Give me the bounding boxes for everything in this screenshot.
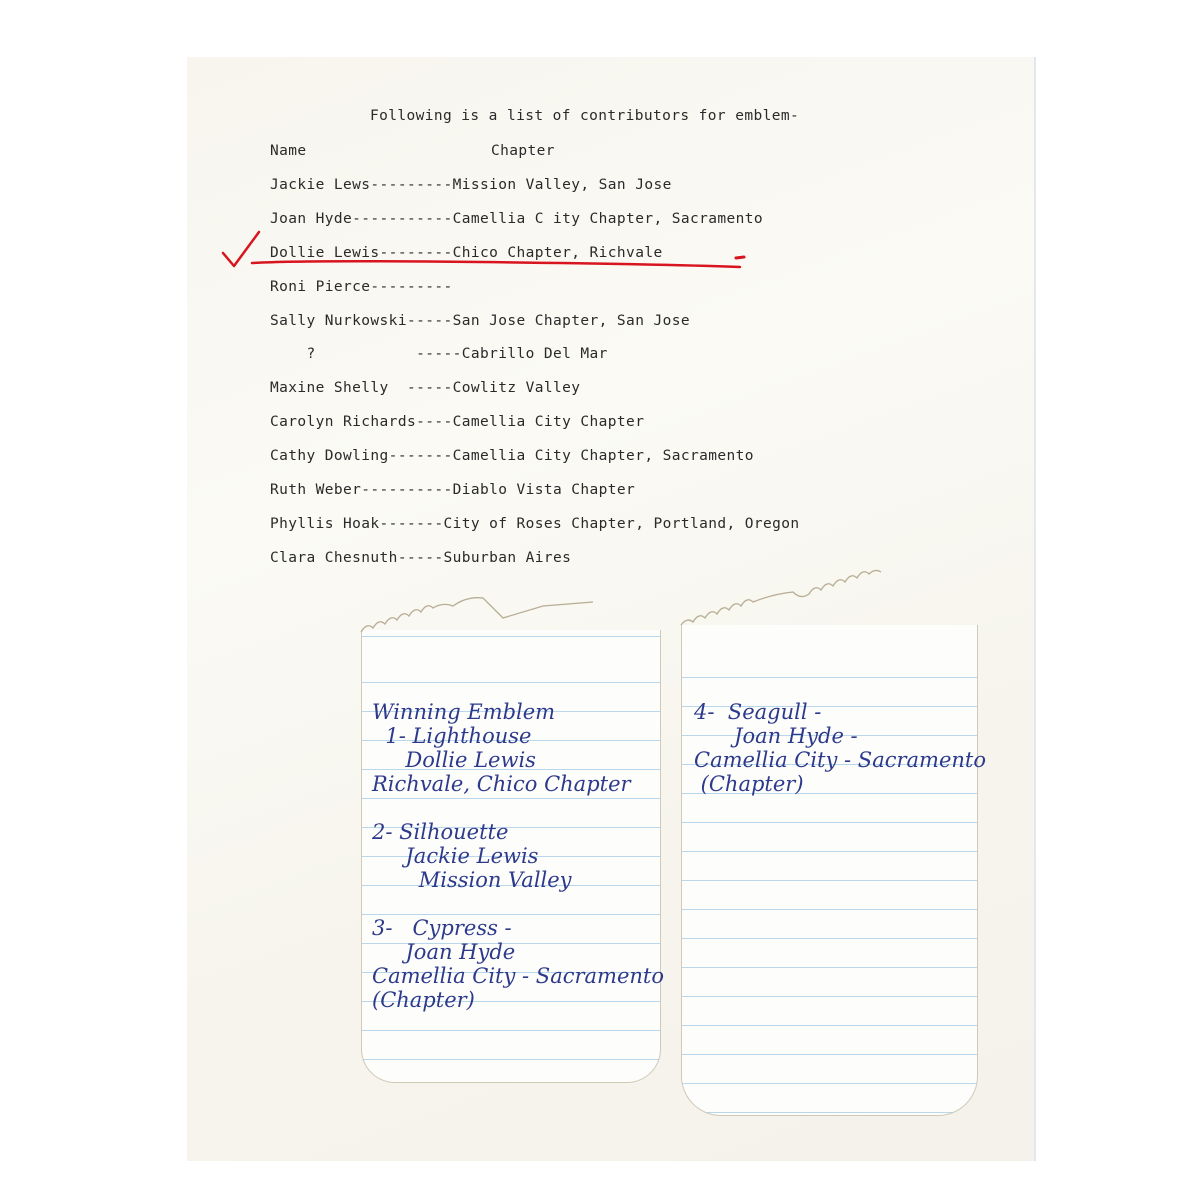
contributor-row: Ruth Weber----------Diablo Vista Chapter bbox=[270, 481, 635, 499]
contributor-row: ? -----Cabrillo Del Mar bbox=[270, 345, 608, 363]
handwritten-line: Camellia City - Sacramento bbox=[694, 748, 986, 772]
column-header-chapter: Chapter bbox=[491, 142, 555, 160]
handwritten-line: Jackie Lewis bbox=[372, 844, 664, 868]
handwritten-line: Winning Emblem bbox=[372, 700, 664, 724]
contributor-row: Carolyn Richards----Camellia City Chapte… bbox=[270, 413, 644, 431]
notepad-sheet-right bbox=[681, 625, 978, 1116]
handwritten-line: 4- Seagull - bbox=[694, 700, 986, 724]
handwritten-line: Camellia City - Sacramento bbox=[372, 964, 664, 988]
handwritten-line bbox=[372, 796, 664, 820]
handwritten-line: 3- Cypress - bbox=[372, 916, 664, 940]
document-title: Following is a list of contributors for … bbox=[370, 107, 799, 125]
handwritten-line: Joan Hyde bbox=[372, 940, 664, 964]
contributor-row: Dollie Lewis--------Chico Chapter, Richv… bbox=[270, 244, 663, 262]
contributor-row: Cathy Dowling-------Camellia City Chapte… bbox=[270, 447, 754, 465]
handwritten-line bbox=[372, 892, 664, 916]
handwritten-line: (Chapter) bbox=[694, 772, 986, 796]
handwritten-line: Richvale, Chico Chapter bbox=[372, 772, 664, 796]
handwritten-line: (Chapter) bbox=[372, 988, 664, 1012]
contributor-row: Jackie Lews---------Mission Valley, San … bbox=[270, 176, 672, 194]
contributor-row: Roni Pierce--------- bbox=[270, 278, 453, 296]
contributor-row: Clara Chesnuth-----Suburban Aires bbox=[270, 549, 571, 567]
column-header-name: Name bbox=[270, 142, 307, 160]
handwritten-line: Mission Valley bbox=[372, 868, 664, 892]
contributor-row: Joan Hyde-----------Camellia C ity Chapt… bbox=[270, 210, 763, 228]
handwritten-notes-right: 4- Seagull - Joan Hyde -Camellia City - … bbox=[694, 700, 986, 796]
contributor-row: Phyllis Hoak-------City of Roses Chapter… bbox=[270, 515, 800, 533]
handwritten-line: 1- Lighthouse bbox=[372, 724, 664, 748]
handwritten-line: 2- Silhouette bbox=[372, 820, 664, 844]
contributor-row: Maxine Shelly -----Cowlitz Valley bbox=[270, 379, 580, 397]
handwritten-notes-left: Winning Emblem 1- Lighthouse Dollie Lewi… bbox=[372, 700, 664, 1012]
contributor-row: Sally Nurkowski-----San Jose Chapter, Sa… bbox=[270, 312, 690, 330]
handwritten-line: Dollie Lewis bbox=[372, 748, 664, 772]
handwritten-line: Joan Hyde - bbox=[694, 724, 986, 748]
